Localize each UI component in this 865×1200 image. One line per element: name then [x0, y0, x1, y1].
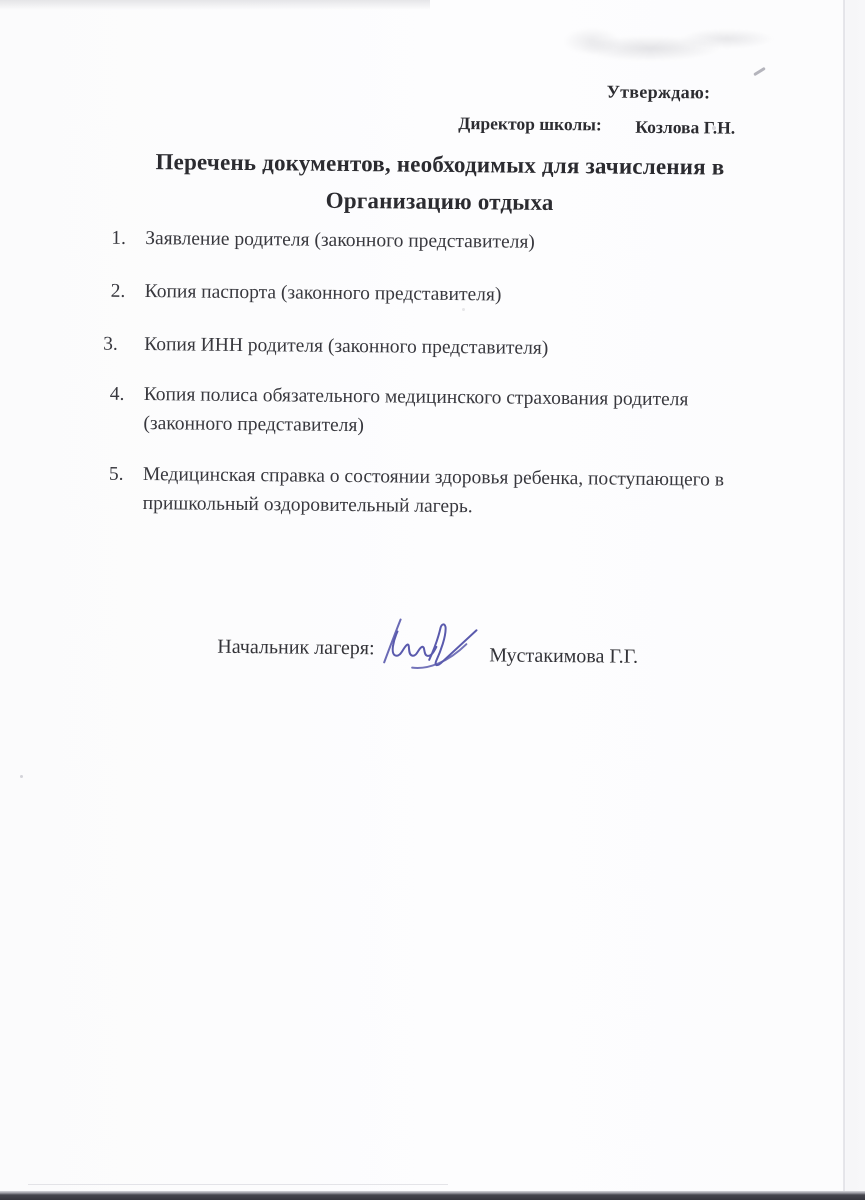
document-content: Утверждаю: Директор школы: Козлова Г.Н. … [0, 0, 865, 1200]
handwritten-signature-icon [376, 610, 489, 675]
item-number: 1. [111, 224, 145, 253]
document-title: Перечень документов, необходимых для зач… [69, 142, 810, 223]
item-number: 3. [103, 330, 144, 359]
item-text: Копия полиса обязательного медицинского … [143, 380, 793, 444]
item-text: Медицинская справка о состоянии здоровья… [143, 460, 793, 524]
item-number: 2. [111, 277, 145, 306]
item-text: Копия ИНН родителя (законного представит… [144, 330, 793, 365]
item-text-line-2: (законного представителя) [143, 409, 792, 444]
list-item: 5. Медицинская справка о состоянии здоро… [109, 460, 793, 525]
list-item: 1. Заявление родителя (законного предста… [111, 224, 794, 260]
title-line-1: Перечень документов, необходимых для зач… [70, 142, 810, 186]
camp-head-name: Мустакимова Г.Г. [489, 644, 638, 668]
director-name: Козлова Г.Н. [635, 117, 735, 139]
list-item: 4. Копия полиса обязательного медицинско… [109, 380, 793, 445]
list-item: 3. Копия ИНН родителя (законного предста… [103, 330, 793, 366]
title-line-2: Организацию отдыха [69, 179, 809, 223]
item-number: 4. [110, 380, 144, 409]
scanned-document-page: Утверждаю: Директор школы: Козлова Г.Н. … [0, 0, 865, 1200]
item-text: Заявление родителя (законного представит… [145, 224, 794, 259]
director-label: Директор школы: [458, 113, 602, 135]
camp-head-label: Начальник лагеря: [217, 636, 375, 661]
item-number: 5. [109, 460, 143, 489]
approve-label: Утверждаю: [607, 81, 711, 103]
list-item: 2. Копия паспорта (законного представите… [111, 277, 794, 313]
item-text: Копия паспорта (законного представителя) [145, 277, 794, 312]
